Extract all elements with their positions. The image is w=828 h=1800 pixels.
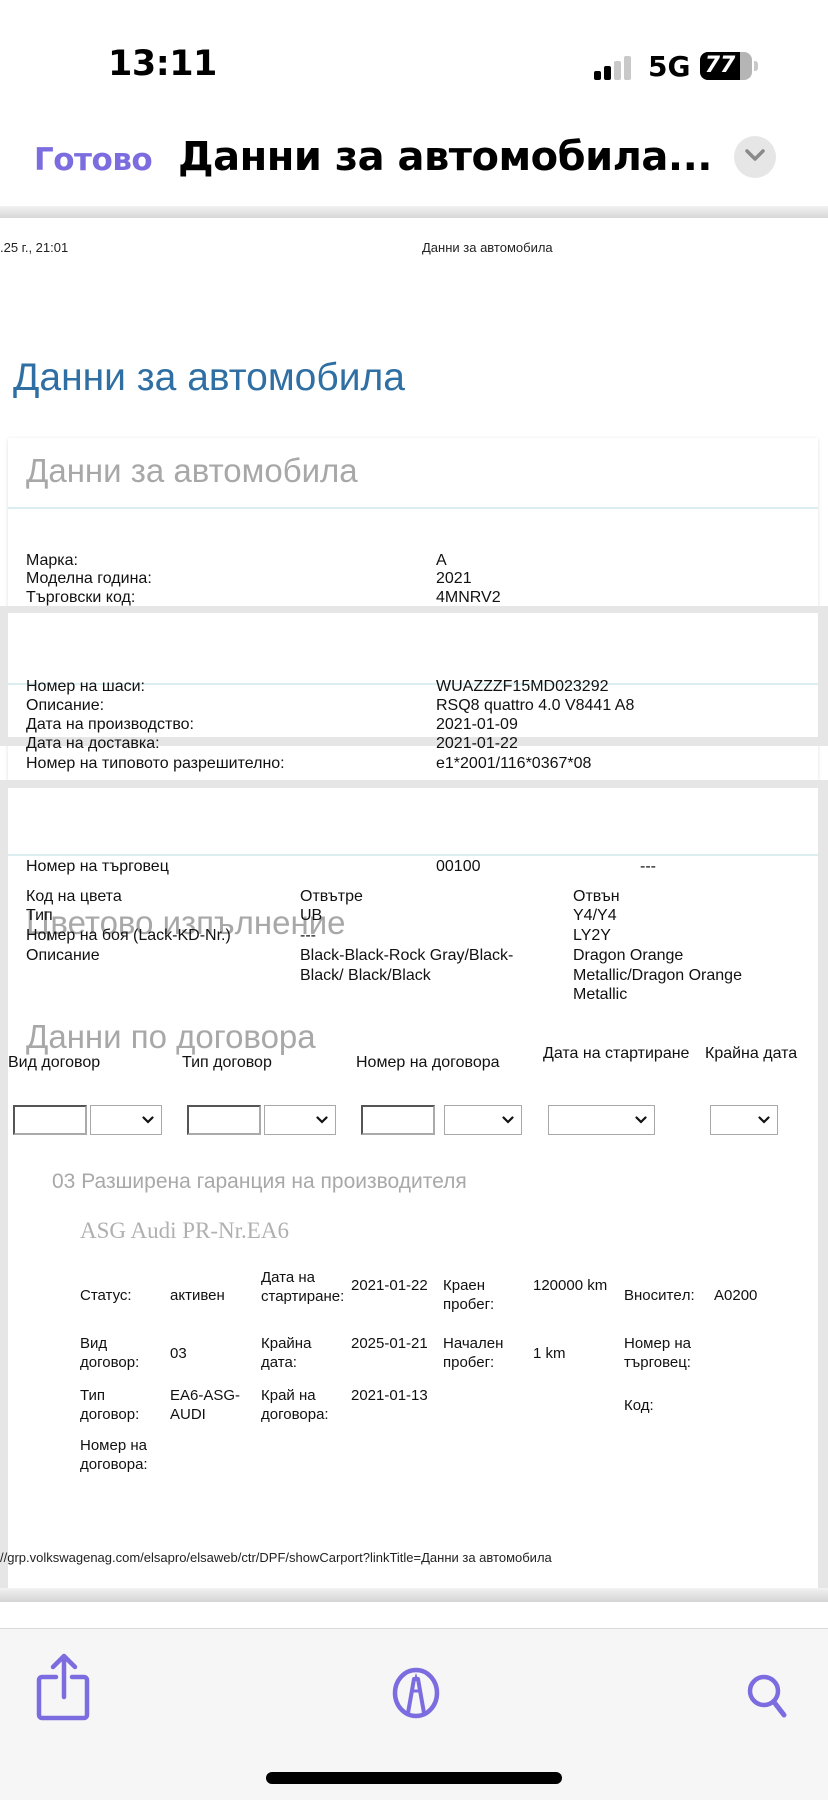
- contract-field-label: Вноситeл:: [624, 1286, 712, 1305]
- filter-select[interactable]: [710, 1105, 778, 1135]
- dealer-extra: ---: [640, 858, 656, 876]
- document-title: Данни за автомобила...: [178, 134, 712, 180]
- contract-field-label: Тип договор:: [80, 1386, 160, 1424]
- search-button[interactable]: [738, 1653, 798, 1725]
- page-separator: [0, 1588, 828, 1602]
- filter-select[interactable]: [548, 1105, 655, 1135]
- card-divider: [8, 507, 818, 509]
- filter-label: Номер на договора: [356, 1053, 536, 1072]
- filter-text-input[interactable]: [13, 1105, 87, 1135]
- color-row-inside: ---: [300, 926, 540, 946]
- contract-field-label: Начален пробег:: [443, 1334, 531, 1372]
- vehicle-data-row: Моделна година:2021: [0, 570, 828, 590]
- print-date: .25 г., 21:01: [0, 240, 68, 255]
- filter-select[interactable]: [90, 1105, 162, 1135]
- status-bar: 13:11 5G 77: [0, 0, 828, 120]
- color-row-outside: LY2Y: [573, 926, 793, 946]
- color-header-outside: Отвън: [573, 887, 793, 907]
- share-button[interactable]: [34, 1653, 94, 1725]
- source-url: //grp.volkswagenag.com/elsapro/elsaweb/c…: [0, 1550, 552, 1565]
- vehicle-data-row: Дата на доставка:2021-01-22: [0, 735, 828, 755]
- filter-label: Дата на стартиране: [543, 1044, 693, 1063]
- color-row-outside: Dragon Orange Metallic/Dragon Orange Met…: [573, 946, 793, 1005]
- done-button[interactable]: Готово: [34, 142, 152, 178]
- filter-label: Вид договор: [8, 1053, 168, 1072]
- field-value: A: [436, 552, 447, 570]
- contract-name: ASG Audi PR-Nr.EA6: [80, 1218, 289, 1244]
- field-label: Описание:: [26, 697, 104, 715]
- field-label: Дата на доставка:: [26, 735, 160, 753]
- field-label: Дата на производство:: [26, 716, 194, 734]
- markup-pen-icon: [386, 1653, 446, 1725]
- color-header-label: Код на цвета: [26, 887, 286, 907]
- color-row-inside: UB: [300, 906, 540, 926]
- contract-field-label: Крайна дата:: [261, 1334, 349, 1372]
- filter-label: Крайна дата: [705, 1044, 815, 1063]
- contract-field-label: Дата на стартиране:: [261, 1268, 349, 1306]
- battery-percent: 77: [700, 53, 740, 78]
- search-icon: [738, 1653, 798, 1725]
- vehicle-data-row: Номер на типовото разрешително:e1*2001/1…: [0, 755, 828, 775]
- field-label: Моделна година:: [26, 570, 152, 588]
- field-value: RSQ8 quattro 4.0 V8441 A8: [436, 697, 634, 715]
- field-value: 2021-01-22: [436, 735, 518, 753]
- color-row-outside: Y4/Y4: [573, 906, 793, 926]
- contract-field-label: Статус:: [80, 1286, 160, 1305]
- markup-button[interactable]: [386, 1653, 446, 1725]
- contract-field-value: 2025-01-21: [351, 1334, 429, 1353]
- contract-section-title: Данни по договора: [26, 1018, 316, 1056]
- vehicle-data-row: Описание:RSQ8 quattro 4.0 V8441 A8: [0, 697, 828, 717]
- next-page-preview: [0, 1602, 828, 1628]
- contract-field-label: Краен пробег:: [443, 1276, 531, 1314]
- contract-field-label: Номер на търговец:: [624, 1334, 712, 1372]
- contract-field-label: Край на договора:: [261, 1386, 349, 1424]
- document-page: .25 г., 21:01 Данни за автомобила Данни …: [0, 218, 828, 1588]
- vehicle-data-row: Дата на производство:2021-01-09: [0, 716, 828, 736]
- contract-field-value: A0200: [714, 1286, 814, 1305]
- filter-select[interactable]: [264, 1105, 336, 1135]
- vehicle-data-row: Марка:A: [0, 552, 828, 572]
- vehicle-data-row: Търговски код:4MNRV2: [0, 589, 828, 609]
- battery-icon: 77: [700, 52, 752, 80]
- filter-text-input[interactable]: [361, 1105, 435, 1135]
- color-row-inside: Black-Black-Rock Gray/Black-Black/ Black…: [300, 946, 540, 985]
- chevron-down-icon: [316, 1116, 328, 1124]
- card-divider: [8, 854, 818, 856]
- field-label: Марка:: [26, 552, 78, 570]
- contract-field-value: 120000 km: [533, 1276, 611, 1295]
- filter-text-input[interactable]: [187, 1105, 261, 1135]
- field-label: Номер на типовото разрешително:: [26, 755, 285, 773]
- field-value: 4MNRV2: [436, 589, 501, 607]
- share-icon: [34, 1653, 94, 1725]
- print-title: Данни за автомобила: [422, 240, 553, 255]
- field-value: e1*2001/116*0367*08: [436, 755, 591, 773]
- navigation-bar: Готово Данни за автомобила...: [0, 120, 828, 206]
- vehicle-card-title: Данни за автомобила: [26, 452, 358, 490]
- filter-select[interactable]: [444, 1105, 522, 1135]
- nav-divider: [0, 206, 828, 218]
- filter-label: Тип договор: [182, 1053, 342, 1072]
- dealer-label: Номер на търговец: [26, 858, 169, 876]
- color-row-label: Тип: [26, 906, 286, 926]
- contract-subtitle: 03 Разширена гаранция на производителя: [52, 1170, 467, 1194]
- status-time: 13:11: [108, 44, 217, 84]
- contract-field-value: 2021-01-22: [351, 1276, 429, 1295]
- page-title: Данни за автомобила: [13, 356, 405, 400]
- chevron-down-icon: [758, 1116, 770, 1124]
- contract-field-label: Номер на договора:: [80, 1436, 160, 1474]
- field-value: 2021: [436, 570, 472, 588]
- chevron-down-icon: [142, 1116, 154, 1124]
- contract-field-value: EA6-ASG-AUDI: [170, 1386, 248, 1424]
- color-row-label: Номер на боя (Lack-KD-Nr.): [26, 926, 286, 946]
- contract-field-value: 1 km: [533, 1344, 611, 1363]
- field-value: WUAZZZF15MD023292: [436, 678, 609, 696]
- vehicle-data-row: Номер на шаси:WUAZZZF15MD023292: [0, 678, 828, 698]
- dealer-value: 00100: [436, 858, 481, 876]
- contract-field-value: 2021-01-13: [351, 1386, 429, 1405]
- field-label: Номер на шаси:: [26, 678, 145, 696]
- contract-field-label: Вид договор:: [80, 1334, 160, 1372]
- chevron-down-icon: [635, 1116, 647, 1124]
- dealer-row: Номер на търговец 00100 ---: [0, 858, 828, 880]
- chevron-down-icon: [745, 149, 765, 163]
- contract-field-value: 03: [170, 1344, 248, 1363]
- field-value: 2021-01-09: [436, 716, 518, 734]
- title-menu-button[interactable]: [734, 136, 776, 178]
- chevron-down-icon: [502, 1116, 514, 1124]
- signal-strength-icon: [594, 56, 634, 80]
- network-type: 5G: [648, 50, 690, 83]
- home-indicator: [266, 1772, 562, 1784]
- field-label: Търговски код:: [26, 589, 135, 607]
- color-row-label: Описание: [26, 946, 286, 966]
- color-header-inside: Отвътре: [300, 887, 560, 907]
- battery-tip: [754, 61, 758, 71]
- contract-field-value: активен: [170, 1286, 248, 1305]
- contract-field-label: Код:: [624, 1396, 712, 1415]
